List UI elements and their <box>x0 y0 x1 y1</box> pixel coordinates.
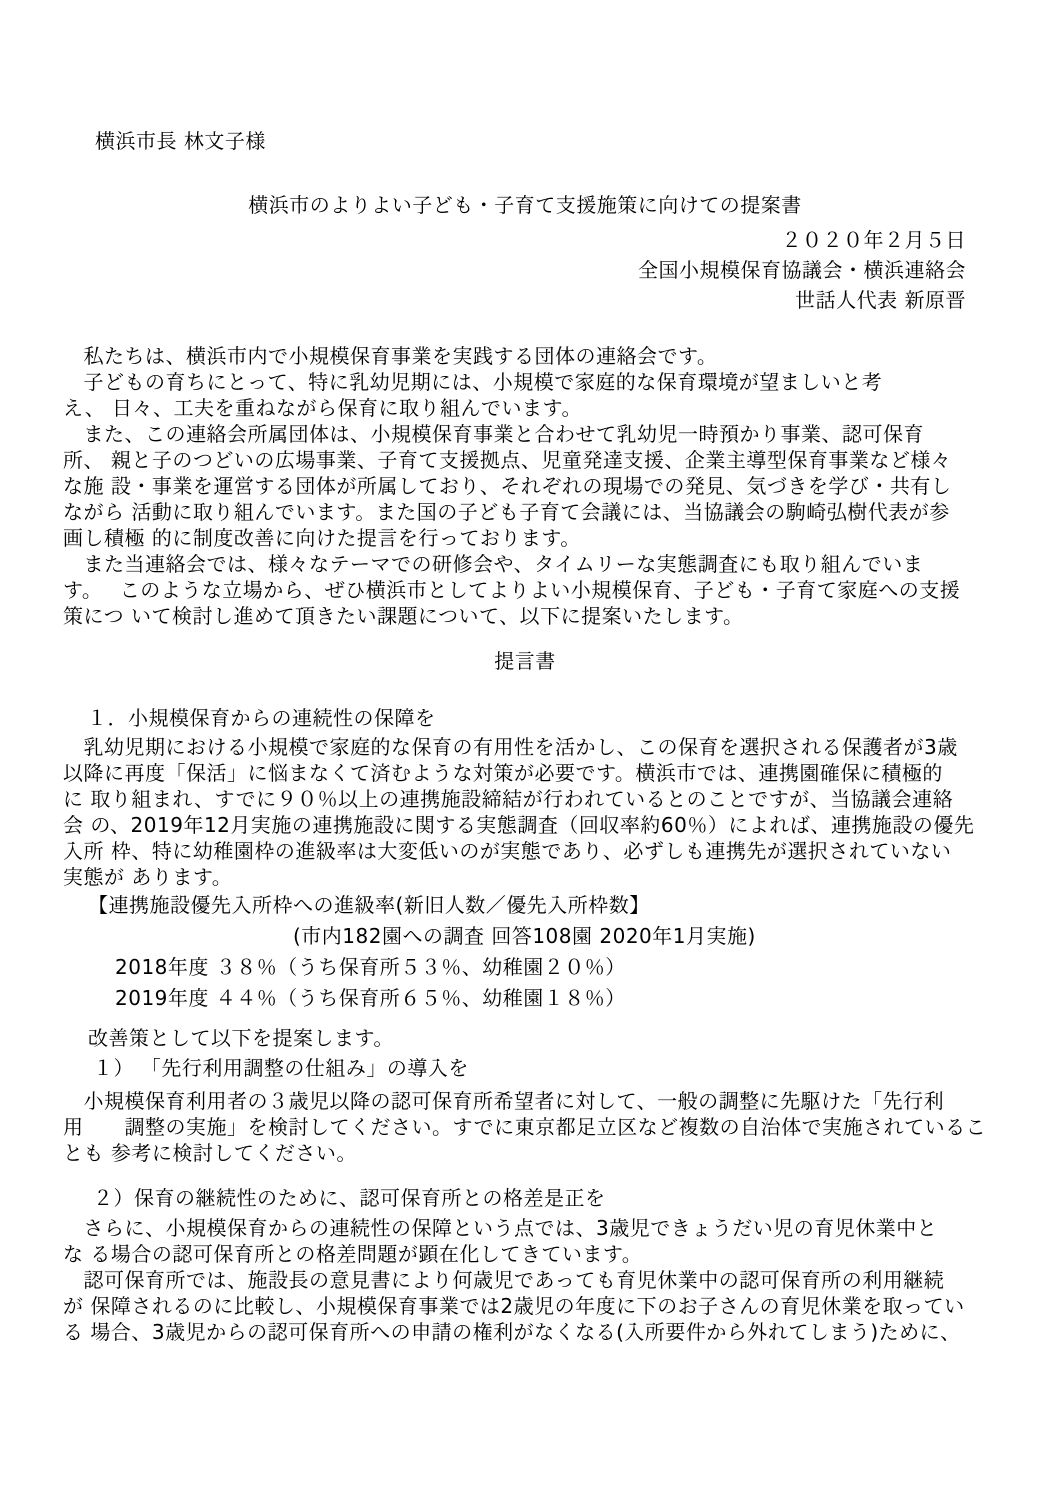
text-line: 所、 親と子のつどいの広場事業、子育て支援拠点、児童発達支援、企業主導型保育事業… <box>63 447 987 473</box>
survey-caption: 【連携施設優先入所枠への進級率(新旧人数／優先入所枠数】 <box>63 890 987 921</box>
text-line: また当連絡会では、様々なテーマでの研修会や、タイムリーな実態調査にも取り組んでい… <box>63 551 987 577</box>
section1-heading: １．小規模保育からの連続性の保障を <box>63 705 987 731</box>
text-line: 用 調整の実施」を検討してください。すでに東京都足立区など複数の自治体で実施され… <box>63 1114 987 1140</box>
text-line: に 取り組まれ、すでに９０％以上の連携施設締結が行われているとのことですが、当協… <box>63 786 987 812</box>
text-line: 実態が あります。 <box>63 864 987 890</box>
proposal1-heading: １） 「先行利用調整の仕組み」の導入を <box>63 1055 987 1081</box>
text-line: な施 設・事業を運営する団体が所属しており、それぞれの現場での発見、気づきを学び… <box>63 473 987 499</box>
text-line: 入所 枠、特に幼稚園枠の進級率は大変低いのが実態であり、必ずしも連携先が選択され… <box>63 838 987 864</box>
text-line: ながら 活動に取り組んでいます。また国の子ども子育て会議には、当協議会の駒崎弘樹… <box>63 499 987 525</box>
text-line: 小規模保育利用者の３歳児以降の認可保育所希望者に対して、一般の調整に先駆けた「先… <box>63 1088 987 1114</box>
text-line: 策につ いて検討し進めて頂きたい課題について、以下に提案いたします。 <box>63 603 987 629</box>
text-line: 2018年度 ３８％（うち保育所５３％、幼稚園２０％） <box>63 952 987 983</box>
document-page: 横浜市長 林文子様 横浜市のよりよい子ども・子育て支援施策に向けての提案書 ２０… <box>0 0 1060 1499</box>
text-line: 私たちは、横浜市内で小規模保育事業を実践する団体の連絡会です。 <box>63 343 987 369</box>
text-line: 2019年度 ４４％（うち保育所６５％、幼稚園１８％） <box>63 983 987 1014</box>
text-line: が 保障されるのに比較し、小規模保育事業では2歳児の年度に下のお子さんの育児休業… <box>63 1293 987 1319</box>
text-line: 画し積極 的に制度改善に向けた提言を行っております。 <box>63 525 987 551</box>
text-line: ２０２０年２月５日 <box>63 225 966 255</box>
section1-body: 乳幼児期における小規模で家庭的な保育の有用性を活かし、この保育を選択される保護者… <box>63 734 987 890</box>
teigensho-heading: 提言書 <box>63 648 987 674</box>
text-line: る 場合、3歳児からの認可保育所への申請の権利がなくなる(入所要件から外れてしま… <box>63 1319 987 1345</box>
text-line: また、この連絡会所属団体は、小規模保育事業と合わせて乳幼児一時預かり事業、認可保… <box>63 421 987 447</box>
text-line: とも 参考に検討してください。 <box>63 1140 987 1166</box>
text-line: 乳幼児期における小規模で家庭的な保育の有用性を活かし、この保育を選択される保護者… <box>63 734 987 760</box>
proposal1-body: 小規模保育利用者の３歳児以降の認可保育所希望者に対して、一般の調整に先駆けた「先… <box>63 1088 987 1166</box>
text-line: 会 の、2019年12月実施の連携施設に関する実態調査（回収率約60％）によれば… <box>63 812 987 838</box>
text-line: す。 このような立場から、ぜひ横浜市としてよりよい小規模保育、子ども・子育て家庭… <box>63 577 987 603</box>
recipient-line: 横浜市長 林文子様 <box>63 128 987 154</box>
byline-block: ２０２０年２月５日全国小規模保育協議会・横浜連絡会世話人代表 新原晋 <box>63 225 987 315</box>
proposal2-heading: ２）保育の継続性のために、認可保育所との格差是正を <box>63 1185 987 1211</box>
text-line: 全国小規模保育協議会・横浜連絡会 <box>63 255 966 285</box>
text-line: 認可保育所では、施設長の意見書により何歳児であっても育児休業中の認可保育所の利用… <box>63 1267 987 1293</box>
document-title: 横浜市のよりよい子ども・子育て支援施策に向けての提案書 <box>63 192 987 218</box>
survey-subcaption: (市内182園への調査 回答108園 2020年1月実施) <box>63 921 987 952</box>
text-line: な る場合の認可保育所との格差問題が顕在化してきています。 <box>63 1241 987 1267</box>
text-line: 世話人代表 新原晋 <box>63 285 966 315</box>
text-line: さらに、小規模保育からの連続性の保障という点では、3歳児できょうだい児の育児休業… <box>63 1215 987 1241</box>
text-line: 以降に再度「保活」に悩まなくて済むような対策が必要です。横浜市では、連携園確保に… <box>63 760 987 786</box>
improvement-intro: 改善策として以下を提案します。 <box>63 1025 987 1051</box>
survey-results: 2018年度 ３８％（うち保育所５３％、幼稚園２０％）2019年度 ４４％（うち… <box>63 952 987 1014</box>
intro-paragraphs: 私たちは、横浜市内で小規模保育事業を実践する団体の連絡会です。 子どもの育ちにと… <box>63 343 987 629</box>
text-line: え、 日々、工夫を重ねながら保育に取り組んでいます。 <box>63 395 987 421</box>
text-line: 子どもの育ちにとって、特に乳幼児期には、小規模で家庭的な保育環境が望ましいと考 <box>63 369 987 395</box>
proposal2-body: さらに、小規模保育からの連続性の保障という点では、3歳児できょうだい児の育児休業… <box>63 1215 987 1345</box>
